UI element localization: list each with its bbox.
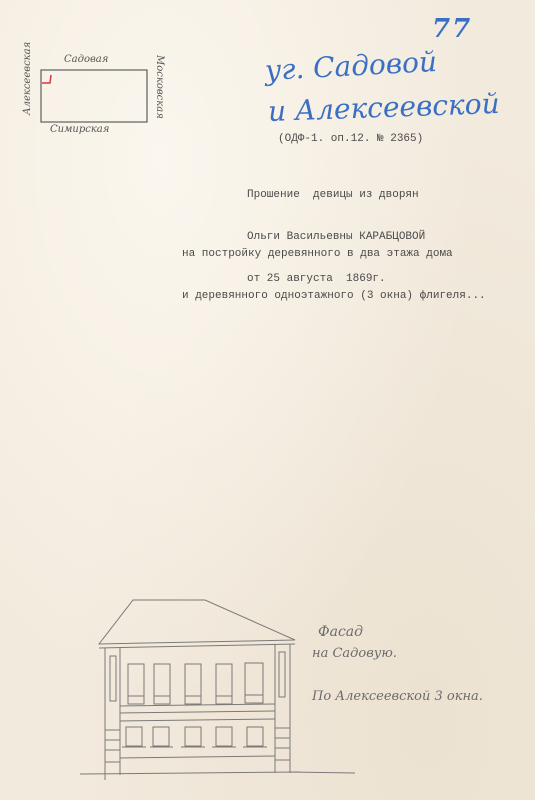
document-page: Садовая Симирская Алексеевская Московска… [0,0,535,800]
facade-caption-line-2: на Садовую. [312,646,397,661]
corner-marker-icon [42,75,51,83]
construction-line-1: на постройку деревянного в два этажа дом… [182,247,486,261]
petition-line-1: Прошение девицы из дворян [247,188,425,202]
page-number: 77 [432,14,472,44]
construction-block: на постройку деревянного в два этажа дом… [182,219,486,331]
plan-street-right: Московская [154,55,165,119]
address-line-2: и Алексеевской [267,87,500,128]
side-facade-note: По Алексеевской 3 окна. [312,689,483,704]
plan-street-left: Алексеевская [22,42,33,115]
plan-street-top: Садовая [64,54,108,65]
plan-street-bottom: Симирская [50,124,109,135]
construction-line-2: и деревянного одноэтажного (3 окна) флиг… [182,289,486,303]
address-line-1: уг. Садовой [264,45,438,87]
facade-caption-line-1: Фасад [318,624,363,640]
archive-reference: (ОДФ-1. оп.12. № 2365) [278,132,423,146]
